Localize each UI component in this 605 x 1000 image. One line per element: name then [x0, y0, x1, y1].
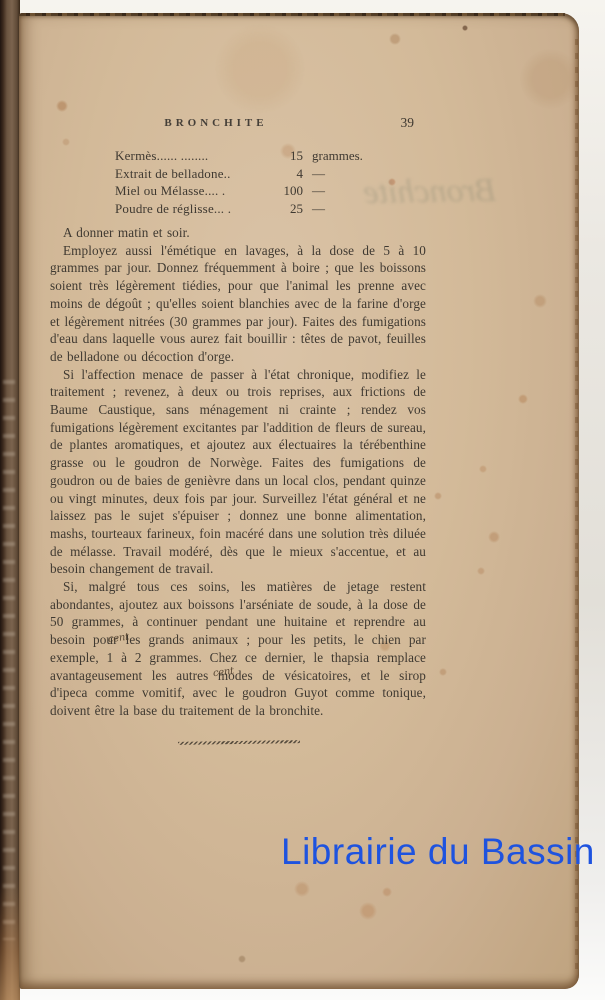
page-header: BRONCHITE 39: [50, 117, 426, 135]
recipe-quantity: 100: [267, 182, 303, 200]
book-gutter: [0, 0, 20, 1000]
gutter-showthrough-marks: [3, 380, 15, 940]
bookseller-watermark: Librairie du Bassin: [281, 831, 595, 873]
book-page-photo: Bronchite BRONCHITE 39 Kermès...... ....…: [0, 0, 605, 1000]
recipe-row-reglisse: Poudre de réglisse... . 25 —: [115, 200, 426, 218]
recipe-unit: —: [303, 200, 325, 218]
paragraph-emetique: Employez aussi l'émétique en lavages, à …: [50, 242, 426, 366]
paragraph-dosage-note: A donner matin et soir.: [50, 224, 426, 242]
recipe-unit: —: [303, 182, 325, 200]
recipe-unit: —: [303, 165, 325, 183]
running-header-title: BRONCHITE: [50, 117, 382, 129]
recipe-row-melasse: Miel ou Mélasse.... . 100 —: [115, 182, 426, 200]
recipe-ingredient: Poudre de réglisse... .: [115, 200, 267, 218]
section-divider: [178, 740, 300, 745]
page-number: 39: [401, 115, 415, 131]
recipe-table: Kermès...... ........ 15 grammes. Extrai…: [115, 147, 426, 217]
recipe-row-belladone: Extrait de belladone.. 4 —: [115, 165, 426, 183]
recipe-quantity: 15: [267, 147, 303, 165]
recipe-unit: grammes.: [303, 147, 363, 165]
recipe-ingredient: Miel ou Mélasse.... .: [115, 182, 267, 200]
paragraph-chronique: Si l'affection menace de passer à l'état…: [50, 366, 426, 578]
page-content: BRONCHITE 39 Kermès...... ........ 15 gr…: [50, 117, 426, 744]
recipe-row-kermes: Kermès...... ........ 15 grammes.: [115, 147, 426, 165]
recipe-quantity: 4: [267, 165, 303, 183]
paragraph-arseniate: Si, malgré tous ces soins, les matières …: [50, 578, 426, 720]
recipe-quantity: 25: [267, 200, 303, 218]
recipe-ingredient: Extrait de belladone..: [115, 165, 267, 183]
recipe-ingredient: Kermès...... ........: [115, 147, 267, 165]
